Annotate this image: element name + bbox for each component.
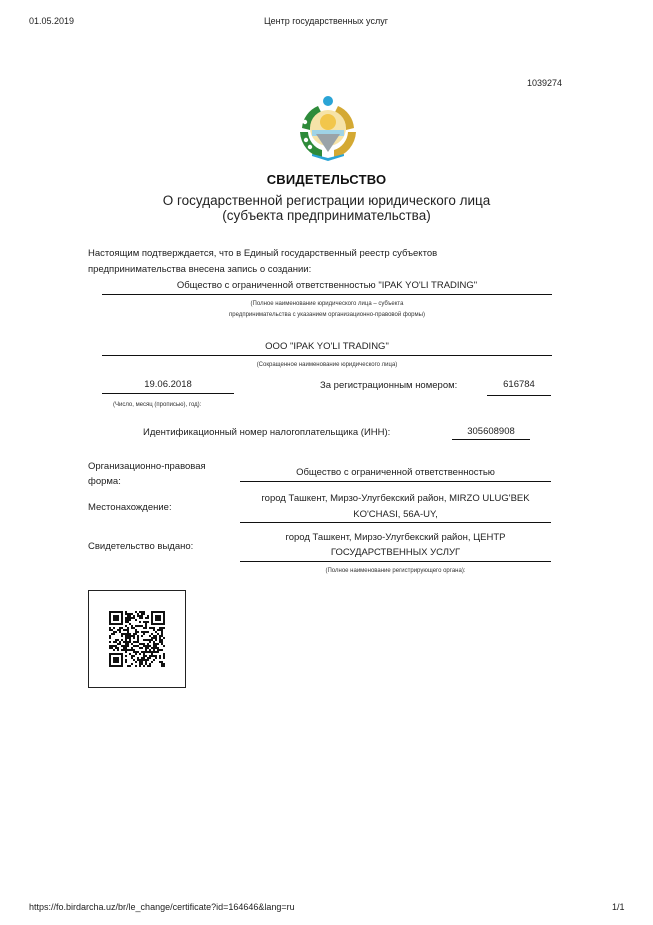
document-subtitle-line2: (субъекта предпринимательства)	[0, 208, 653, 224]
location-value-line2: KO'CHASI, 56A-UY,	[240, 509, 551, 520]
inn-value: 305608908	[452, 426, 530, 437]
legal-form-underline	[240, 481, 551, 482]
location-value-line1: город Ташкент, Мирзо-Улугбекский район, …	[240, 493, 551, 504]
registration-number-label: За регистрационным номером:	[320, 380, 457, 391]
page-header-title: Центр государственных услуг	[226, 16, 426, 26]
full-name-value: Общество с ограниченной ответственностью…	[102, 280, 552, 291]
inn-label: Идентификационный номер налогоплательщик…	[143, 427, 390, 438]
footer-url[interactable]: https://fo.birdarcha.uz/br/le_change/cer…	[29, 902, 295, 912]
registration-number-value: 616784	[487, 379, 551, 390]
intro-text-line2: предпринимательства внесена запись о соз…	[88, 262, 311, 278]
registration-date-value: 19.06.2018	[102, 379, 234, 390]
short-name-caption: (Сокращенное наименование юридического л…	[102, 360, 552, 370]
coat-of-arms-icon	[292, 92, 364, 164]
print-date: 01.05.2019	[29, 16, 74, 26]
registration-date-underline	[102, 393, 234, 394]
document-subtitle-line1: О государственной регистрации юридическо…	[0, 193, 653, 209]
full-name-underline	[102, 294, 552, 295]
intro-text-line1: Настоящим подтверждается, что в Единый г…	[88, 246, 437, 262]
issued-by-caption: (Полное наименование регистрирующего орг…	[240, 566, 551, 576]
issued-by-underline	[240, 561, 551, 562]
issued-by-value-line2: ГОСУДАРСТВЕННЫХ УСЛУГ	[240, 547, 551, 558]
registration-date-caption: (Число, месяц (прописью), год):	[113, 400, 201, 410]
document-title: СВИДЕТЕЛЬСТВО	[0, 172, 653, 187]
legal-form-label-line1: Организационно-правовая	[88, 459, 206, 475]
document-number: 1039274	[527, 78, 562, 88]
registration-number-underline	[487, 395, 551, 396]
page-number: 1/1	[612, 902, 625, 912]
location-label: Местонахождение:	[88, 500, 172, 516]
short-name-value: ООО "IPAK YO'LI TRADING"	[102, 341, 552, 352]
short-name-underline	[102, 355, 552, 356]
legal-form-value: Общество с ограниченной ответственностью	[240, 467, 551, 478]
qr-code-frame	[88, 590, 186, 688]
issued-by-value-line1: город Ташкент, Мирзо-Улугбекский район, …	[240, 532, 551, 543]
full-name-caption-line1: (Полное наименование юридического лица –…	[102, 299, 552, 309]
location-underline	[240, 522, 551, 523]
issued-by-label: Свидетельство выдано:	[88, 539, 193, 555]
qr-code-icon	[109, 611, 165, 667]
inn-underline	[452, 439, 530, 440]
legal-form-label-line2: форма:	[88, 474, 121, 490]
full-name-caption-line2: предпринимательства с указанием организа…	[102, 310, 552, 320]
